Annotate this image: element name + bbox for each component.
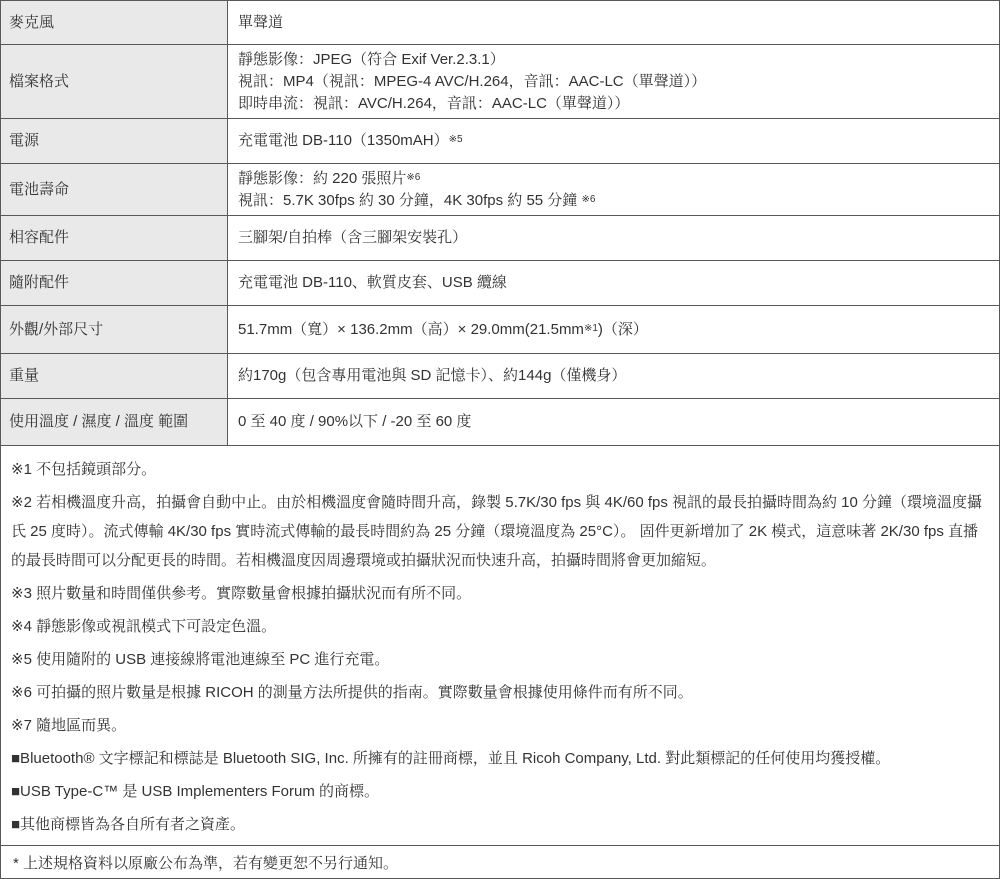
spec-text: 視訊：5.7K 30fps 約 30 分鐘，4K 30fps 約 55 分鐘	[238, 192, 581, 209]
footnote: ※6 可拍攝的照片數量是根據 RICOH 的測量方法所提供的指南。實際數量會根據…	[11, 678, 987, 707]
footnote: ※3 照片數量和時間僅供參考。實際數量會根據拍攝狀況而有所不同。	[11, 579, 987, 608]
spec-value-line: 三腳架/自拍棒（含三腳架安裝孔）	[238, 227, 991, 249]
trademark-note: ■Bluetooth® 文字標記和標誌是 Bluetooth SIG, Inc.…	[11, 744, 987, 773]
footnote-marker: ※6	[406, 172, 420, 183]
spec-value-line: 充電電池 DB-110、軟質皮套、USB 纜線	[238, 272, 991, 294]
spec-value-line: 視訊：MP4（視訊：MPEG-4 AVC/H.264，音訊：AAC-LC（單聲道…	[238, 71, 991, 93]
footnote-marker: ※5	[449, 134, 463, 145]
spec-label: 麥克風	[1, 1, 228, 44]
spec-sheet: 麥克風單聲道檔案格式靜態影像：JPEG（符合 Exif Ver.2.3.1）視訊…	[0, 0, 1000, 879]
spec-value: 靜態影像：約 220 張照片※6視訊：5.7K 30fps 約 30 分鐘，4K…	[228, 164, 999, 215]
footnote: ※7 隨地區而異。	[11, 711, 987, 740]
spec-text: 充電電池 DB-110、軟質皮套、USB 纜線	[238, 274, 507, 291]
spec-value-line: 51.7mm（寬）× 136.2mm（高）× 29.0mm(21.5mm※1)（…	[238, 319, 991, 341]
spec-value-line: 單聲道	[238, 12, 991, 34]
spec-label: 電池壽命	[1, 164, 228, 215]
spec-value-line: 靜態影像：約 220 張照片※6	[238, 168, 991, 190]
spec-label: 電源	[1, 119, 228, 163]
spec-row: 檔案格式靜態影像：JPEG（符合 Exif Ver.2.3.1）視訊：MP4（視…	[1, 45, 999, 119]
notes-section: ※1 不包括鏡頭部分。※2 若相機溫度升高，拍攝會自動中止。由於相機溫度會隨時間…	[1, 446, 999, 845]
spec-value: 0 至 40 度 / 90%以下 / -20 至 60 度	[228, 399, 999, 445]
trademark-note: ■USB Type-C™ 是 USB Implementers Forum 的商…	[11, 777, 987, 806]
spec-label: 重量	[1, 354, 228, 398]
spec-text: 靜態影像：JPEG（符合 Exif Ver.2.3.1）	[238, 51, 505, 68]
spec-value: 充電電池 DB-110（1350mAH）※5	[228, 119, 999, 163]
spec-text: 三腳架/自拍棒（含三腳架安裝孔）	[238, 229, 467, 246]
spec-text: 靜態影像：約 220 張照片	[238, 170, 406, 187]
spec-row: 電池壽命靜態影像：約 220 張照片※6視訊：5.7K 30fps 約 30 分…	[1, 164, 999, 216]
footnote: ※4 靜態影像或視訊模式下可設定色溫。	[11, 612, 987, 641]
spec-table: 麥克風單聲道檔案格式靜態影像：JPEG（符合 Exif Ver.2.3.1）視訊…	[1, 1, 999, 446]
spec-value: 三腳架/自拍棒（含三腳架安裝孔）	[228, 216, 999, 260]
footnote-marker: ※6	[581, 194, 595, 205]
spec-value-line: 視訊：5.7K 30fps 約 30 分鐘，4K 30fps 約 55 分鐘 ※…	[238, 190, 991, 212]
spec-row: 外觀/外部尺寸51.7mm（寬）× 136.2mm（高）× 29.0mm(21.…	[1, 306, 999, 354]
spec-text: 即時串流：視訊：AVC/H.264，音訊：AAC-LC（單聲道））	[238, 95, 629, 112]
disclaimer-text: * 上述規格資料以原廠公布為準，若有變更恕不另行通知。	[13, 852, 398, 873]
spec-text: 視訊：MP4（視訊：MPEG-4 AVC/H.264，音訊：AAC-LC（單聲道…	[238, 73, 706, 90]
disclaimer-row: * 上述規格資料以原廠公布為準，若有變更恕不另行通知。	[1, 845, 999, 878]
spec-row: 相容配件三腳架/自拍棒（含三腳架安裝孔）	[1, 216, 999, 261]
trademark-note: ■其他商標皆為各自所有者之資產。	[11, 810, 987, 839]
spec-value: 51.7mm（寬）× 136.2mm（高）× 29.0mm(21.5mm※1)（…	[228, 306, 999, 353]
spec-text: )（深）	[598, 321, 648, 338]
spec-value: 約170g（包含專用電池與 SD 記憶卡）、約144g（僅機身）	[228, 354, 999, 398]
footnote: ※1 不包括鏡頭部分。	[11, 455, 987, 484]
spec-row: 電源充電電池 DB-110（1350mAH）※5	[1, 119, 999, 164]
spec-value: 充電電池 DB-110、軟質皮套、USB 纜線	[228, 261, 999, 305]
spec-value: 靜態影像：JPEG（符合 Exif Ver.2.3.1）視訊：MP4（視訊：MP…	[228, 45, 999, 118]
spec-value-line: 充電電池 DB-110（1350mAH）※5	[238, 130, 991, 152]
footnote-marker: ※1	[584, 323, 598, 334]
spec-text: 單聲道	[238, 14, 283, 31]
footnote: ※5 使用隨附的 USB 連接線將電池連線至 PC 進行充電。	[11, 645, 987, 674]
spec-value: 單聲道	[228, 1, 999, 44]
spec-row: 使用溫度 / 濕度 / 溫度 範圍0 至 40 度 / 90%以下 / -20 …	[1, 399, 999, 446]
spec-text: 充電電池 DB-110（1350mAH）	[238, 132, 449, 149]
spec-label: 檔案格式	[1, 45, 228, 118]
spec-value-line: 即時串流：視訊：AVC/H.264，音訊：AAC-LC（單聲道））	[238, 93, 991, 115]
spec-value-line: 0 至 40 度 / 90%以下 / -20 至 60 度	[238, 411, 991, 433]
spec-text: 約170g（包含專用電池與 SD 記憶卡）、約144g（僅機身）	[238, 367, 626, 384]
spec-value-line: 約170g（包含專用電池與 SD 記憶卡）、約144g（僅機身）	[238, 365, 991, 387]
spec-value-line: 靜態影像：JPEG（符合 Exif Ver.2.3.1）	[238, 49, 991, 71]
spec-label: 使用溫度 / 濕度 / 溫度 範圍	[1, 399, 228, 445]
spec-row: 重量約170g（包含專用電池與 SD 記憶卡）、約144g（僅機身）	[1, 354, 999, 399]
spec-row: 隨附配件充電電池 DB-110、軟質皮套、USB 纜線	[1, 261, 999, 306]
spec-text: 0 至 40 度 / 90%以下 / -20 至 60 度	[238, 413, 471, 430]
spec-label: 隨附配件	[1, 261, 228, 305]
spec-label: 外觀/外部尺寸	[1, 306, 228, 353]
spec-row: 麥克風單聲道	[1, 1, 999, 45]
footnote: ※2 若相機溫度升高，拍攝會自動中止。由於相機溫度會隨時間升高，錄製 5.7K/…	[11, 488, 987, 575]
spec-text: 51.7mm（寬）× 136.2mm（高）× 29.0mm(21.5mm	[238, 321, 584, 338]
spec-label: 相容配件	[1, 216, 228, 260]
